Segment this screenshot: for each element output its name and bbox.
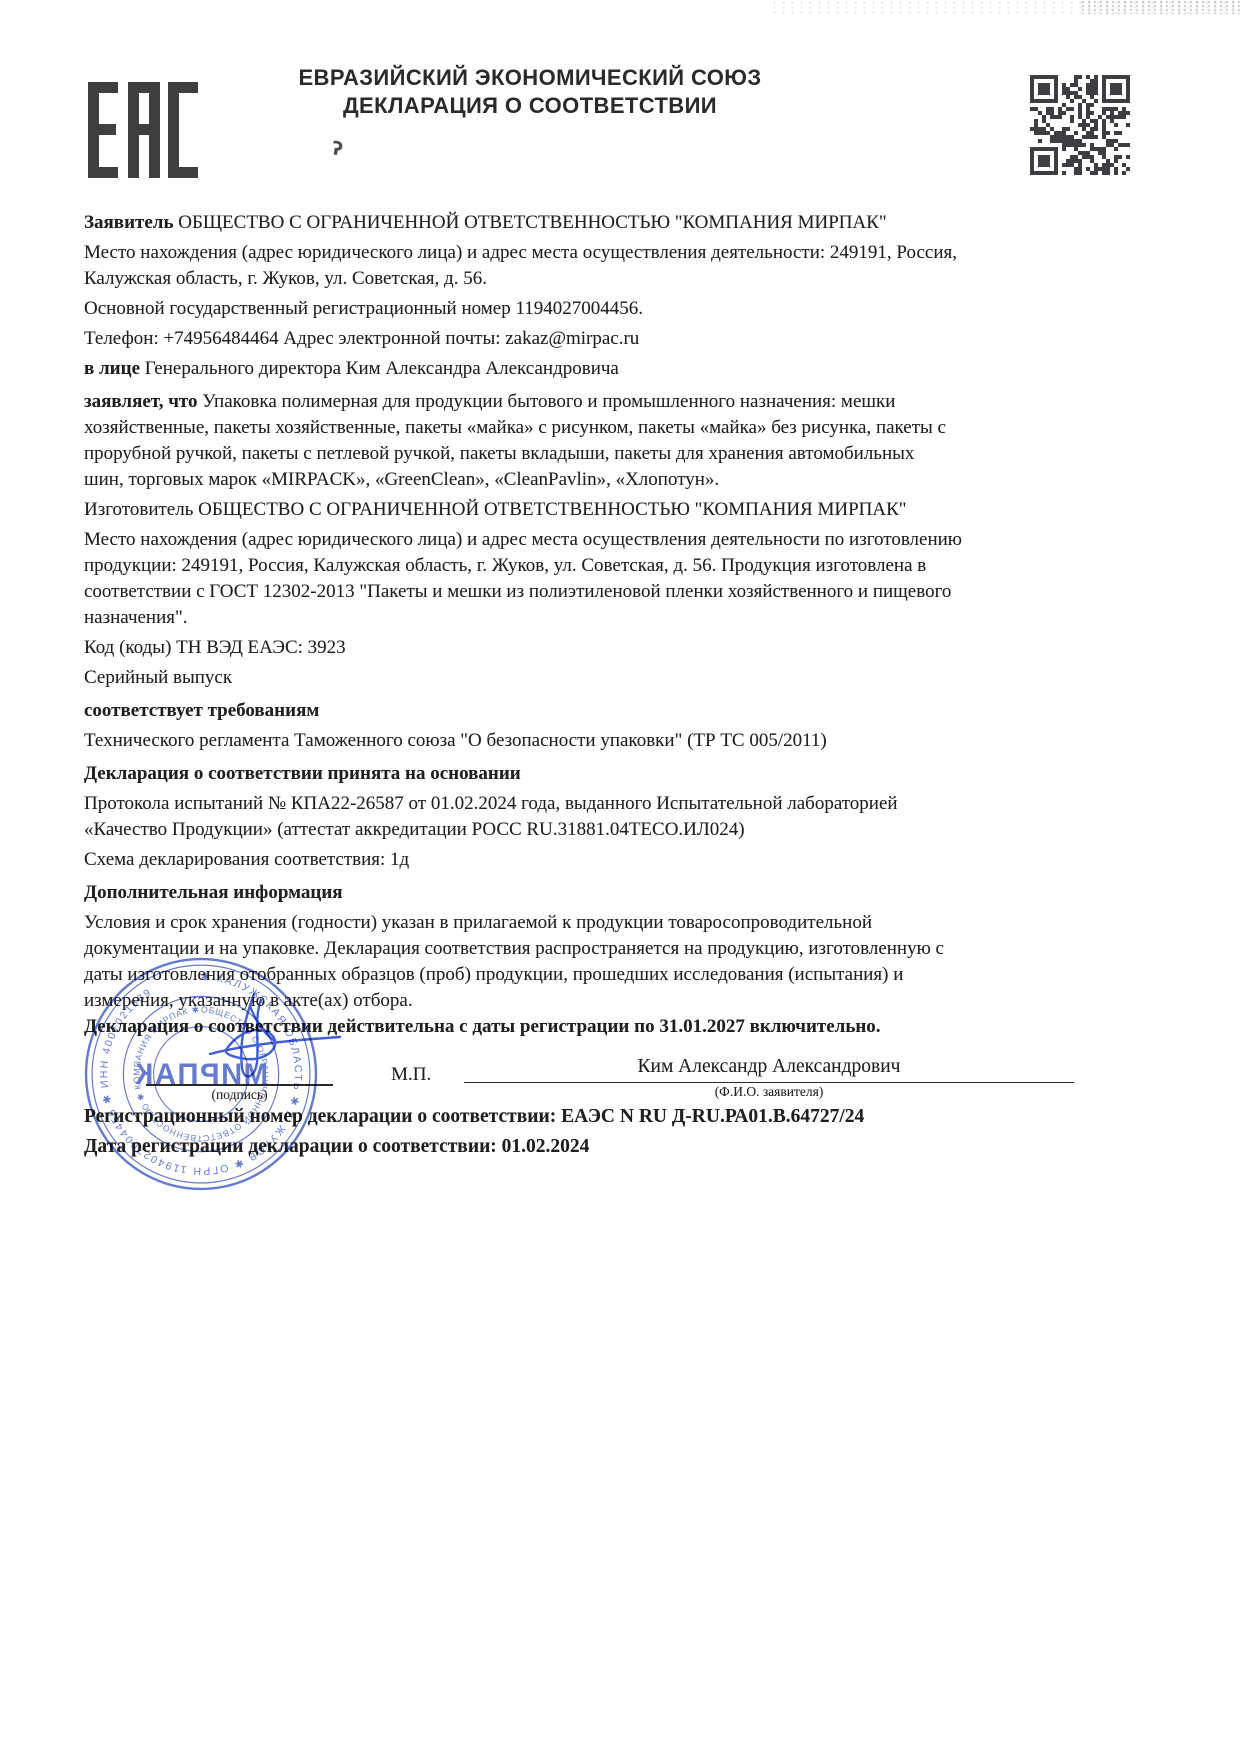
scan-noise-corner [1080, 0, 1240, 14]
paragraph: Заявитель ОБЩЕСТВО С ОГРАНИЧЕННОЙ ОТВЕТС… [84, 210, 1074, 236]
qr-code [1030, 75, 1130, 175]
eac-mark-icon [88, 82, 198, 178]
paragraph-lead: заявляет, что [84, 391, 202, 412]
paragraph: Телефон: +74956484464 Адрес электронной … [84, 326, 1074, 352]
paragraph: заявляет, что Упаковка полимерная для пр… [84, 389, 1074, 493]
paragraph: Технического регламента Таможенного союз… [84, 728, 1074, 754]
title-line-2: ДЕКЛАРАЦИЯ О СООТВЕТСТВИИ [240, 92, 820, 120]
paragraph: Код (коды) ТН ВЭД ЕАЭС: 3923 [84, 635, 1074, 661]
title-line-1: ЕВРАЗИЙСКИЙ ЭКОНОМИЧЕСКИЙ СОЮЗ [240, 64, 820, 92]
paragraph-lead: Дополнительная информация [84, 882, 343, 903]
paragraph-lead: Заявитель [84, 212, 178, 233]
document-body: Заявитель ОБЩЕСТВО С ОГРАНИЧЕННОЙ ОТВЕТС… [84, 210, 1074, 1018]
document-title: ЕВРАЗИЙСКИЙ ЭКОНОМИЧЕСКИЙ СОЮЗ ДЕКЛАРАЦИ… [240, 64, 820, 120]
paragraph: Схема декларирования соответствия: 1д [84, 847, 1074, 873]
paragraph-lead: Декларация о соответствии принята на осн… [84, 763, 521, 784]
paragraph: Серийный выпуск [84, 665, 1074, 691]
paragraph: Декларация о соответствии принята на осн… [84, 761, 1074, 787]
paragraph: Дополнительная информация [84, 880, 1074, 906]
paragraph: Место нахождения (адрес юридического лиц… [84, 527, 1074, 631]
paragraph: Протокола испытаний № КПА22-26587 от 01.… [84, 791, 1074, 843]
declarant-name: Ким Александр Александрович [464, 1054, 1074, 1080]
paragraph: Место нахождения (адрес юридического лиц… [84, 240, 1074, 292]
scan-speck: ʔ [331, 137, 345, 160]
paragraph-lead: в лице [84, 358, 145, 379]
paragraph: Изготовитель ОБЩЕСТВО С ОГРАНИЧЕННОЙ ОТВ… [84, 497, 1074, 523]
declaration-document: ЕВРАЗИЙСКИЙ ЭКОНОМИЧЕСКИЙ СОЮЗ ДЕКЛАРАЦИ… [0, 0, 1240, 1755]
handwritten-signature [192, 988, 352, 1093]
declarant-name-field: Ким Александр Александрович (Ф.И.О. заяв… [464, 1048, 1074, 1101]
paragraph: Основной государственный регистрационный… [84, 296, 1074, 322]
paragraph: в лице Генерального директора Ким Алекса… [84, 356, 1074, 382]
stamp-place-label: М.П. [391, 1048, 436, 1088]
paragraph-lead: соответствует требованиям [84, 700, 319, 721]
declarant-name-caption: (Ф.И.О. заявителя) [464, 1083, 1074, 1101]
paragraph: соответствует требованиям [84, 698, 1074, 724]
